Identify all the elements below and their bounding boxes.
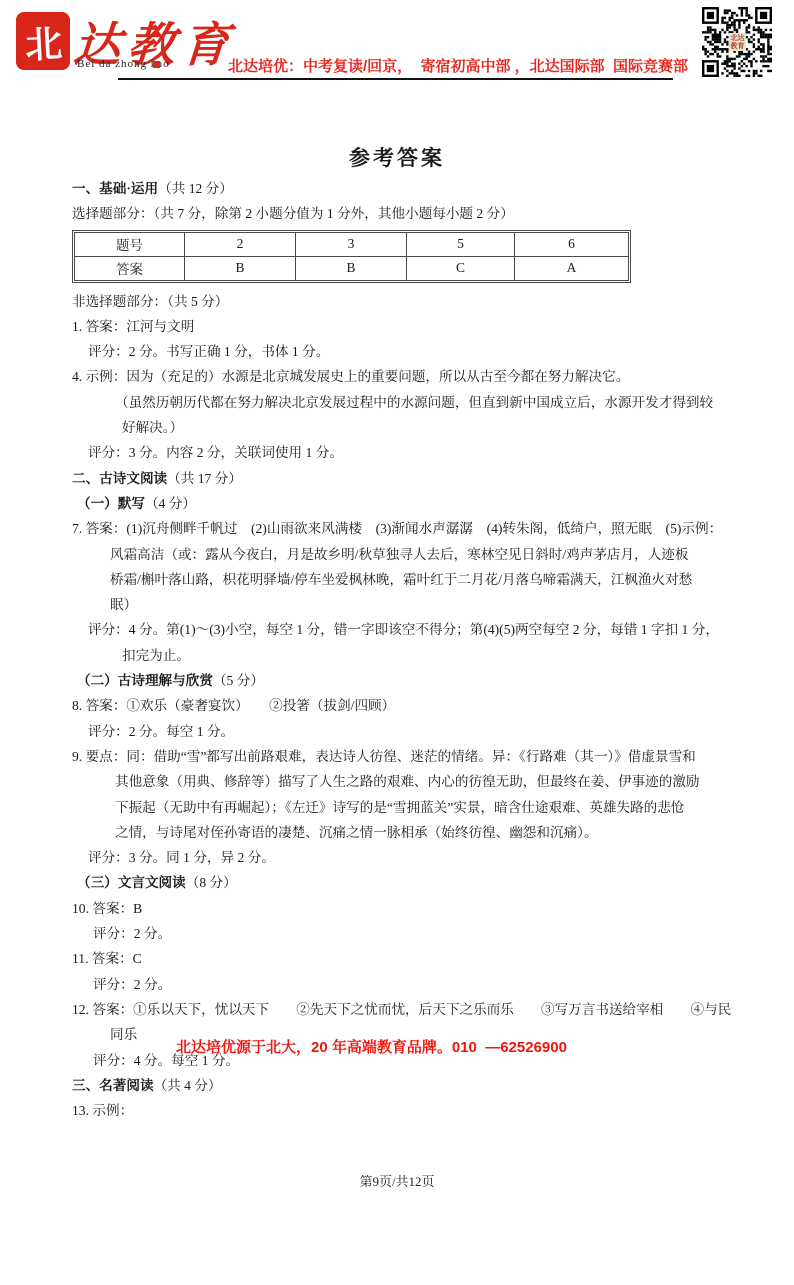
line-text: 之情，与诗尾对侄孙寄语的凄楚、沉痛之情一脉相承（始终彷徨、幽怨和沉痛）。	[115, 825, 598, 840]
line-text: （5 分）	[213, 673, 264, 688]
section-heading: 一、基础·运用（共 12 分）	[72, 176, 742, 201]
content-line: 评分：4 分。第(1)～(3)小空，每空 1 分，错一字即该空不得分；第(4)(…	[72, 617, 742, 642]
brand-seal-logo: 北	[17, 13, 69, 69]
table-cell: 3	[296, 232, 407, 256]
content-line: 12. 答案：①乐以天下，忧以天下 ②先天下之忧而忧，后天下之乐而乐 ③写万言书…	[72, 997, 742, 1022]
content-line: 好解决。）	[72, 415, 742, 440]
line-text: 评分：2 分。	[93, 926, 171, 941]
line-text: （4 分）	[145, 496, 196, 511]
line-text: 10. 答案：B	[72, 901, 142, 916]
table-cell: C	[407, 256, 515, 280]
content-line: 13. 示例：	[72, 1098, 742, 1123]
line-text: （8 分）	[186, 875, 237, 890]
table-row: 题号2356	[75, 232, 629, 256]
line-text: 评分：4 分。第(1)～(3)小空，每空 1 分，错一字即该空不得分；第(4)(…	[88, 622, 719, 637]
table-row-header: 答案	[75, 256, 185, 280]
content-line: 其他意象（用典、修辞等）描写了人生之路的艰难、内心的彷徨无助，但最终在姜、伊事迹…	[72, 769, 742, 794]
heading-bold-text: 一、基础·运用	[72, 181, 158, 196]
header-slogan: 北达培优：中考复读/回京， 寄宿初高中部 ，北达国际部 国际竞赛部	[228, 55, 688, 76]
content-line: 1. 答案：江河与文明	[72, 314, 742, 339]
document-title: 参考答案	[0, 142, 794, 172]
line-text: 11. 答案：C	[72, 951, 142, 966]
heading-bold-text: （三）文言文阅读	[77, 875, 186, 890]
header-rule	[118, 78, 673, 80]
line-text: 扣完为止。	[122, 648, 190, 663]
content-line: 评分：3 分。同 1 分，异 2 分。	[72, 845, 742, 870]
line-text: 眠）	[110, 597, 137, 612]
table-row-header: 题号	[75, 232, 185, 256]
seal-character: 北	[23, 13, 63, 69]
line-text: 4. 示例：因为（充足的）水源是北京城发展史上的重要问题，所以从古至今都在努力解…	[72, 369, 629, 384]
content-line: 评分：2 分。	[72, 972, 742, 997]
line-text: （共 12 分）	[158, 181, 233, 196]
line-text: 评分：3 分。内容 2 分，关联词使用 1 分。	[88, 445, 343, 460]
content-line: 风霜高洁（或：露从今夜白，月是故乡明/秋草独寻人去后，寒林空见日斜时/鸡声茅店月…	[72, 542, 742, 567]
answer-table: 题号2356答案BBCA	[72, 230, 631, 283]
table-cell: B	[185, 256, 296, 280]
content-line: 眠）	[72, 592, 742, 617]
document-page: 北 达教育 Bei da zhong kao 北达培优：中考复读/回京， 寄宿初…	[0, 0, 794, 1285]
page-header: 北 达教育 Bei da zhong kao 北达培优：中考复读/回京， 寄宿初…	[0, 0, 794, 100]
content-line: 7. 答案：(1)沉舟侧畔千帆过 (2)山雨欲来风满楼 (3)渐闻水声潺潺 (4…	[72, 516, 742, 541]
line-text: 8. 答案：①欢乐（豪奢宴饮） ②投箸（拔剑/四顾）	[72, 698, 395, 713]
table-cell: B	[296, 256, 407, 280]
line-text: 好解决。）	[122, 420, 183, 435]
section-heading: （二）古诗理解与欣赏（5 分）	[72, 668, 742, 693]
line-text: 12. 答案：①乐以天下，忧以天下 ②先天下之忧而忧，后天下之乐而乐 ③写万言书…	[72, 1002, 731, 1017]
content-line: （虽然历朝历代都在努力解决北京发展过程中的水源问题，但直到新中国成立后，水源开发…	[72, 390, 742, 415]
section-heading: （三）文言文阅读（8 分）	[72, 870, 742, 895]
content-line: 4. 示例：因为（充足的）水源是北京城发展史上的重要问题，所以从古至今都在努力解…	[72, 364, 742, 389]
line-text: 评分：2 分。书写正确 1 分，书体 1 分。	[88, 344, 329, 359]
content-line: 评分：3 分。内容 2 分，关联词使用 1 分。	[72, 440, 742, 465]
content-line: 评分：2 分。	[72, 921, 742, 946]
content-line: 9. 要点：同：借助“雪”都写出前路艰难，表达诗人彷徨、迷茫的情绪。异：《行路难…	[72, 744, 742, 769]
heading-bold-text: （一）默写	[77, 496, 145, 511]
line-text: （共 4 分）	[154, 1078, 222, 1093]
line-text: （共 17 分）	[167, 471, 242, 486]
line-text: 7. 答案：(1)沉舟侧畔千帆过 (2)山雨欲来风满楼 (3)渐闻水声潺潺 (4…	[72, 521, 722, 536]
content-line: 10. 答案：B	[72, 896, 742, 921]
content-line: 8. 答案：①欢乐（豪奢宴饮） ②投箸（拔剑/四顾）	[72, 693, 742, 718]
table-cell: 5	[407, 232, 515, 256]
content-line: 11. 答案：C	[72, 946, 742, 971]
qr-center-label: 北达 教育	[729, 33, 746, 51]
red-square-icon	[153, 61, 160, 68]
content-line: 非选择题部分：（共 5 分）	[72, 289, 742, 314]
line-text: 风霜高洁（或：露从今夜白，月是故乡明/秋草独寻人去后，寒林空见日斜时/鸡声茅店月…	[110, 547, 689, 562]
promo-watermark: 北达培优源于北大，20 年高端教育品牌。010 —62526900	[176, 1036, 567, 1057]
heading-bold-text: （二）古诗理解与欣赏	[77, 673, 213, 688]
line-text: 1. 答案：江河与文明	[72, 319, 194, 334]
table-row: 答案BBCA	[75, 256, 629, 280]
line-text: 选择题部分：（共 7 分，除第 2 小题分值为 1 分外，其他小题每小题 2 分…	[72, 206, 514, 221]
line-text: 非选择题部分：（共 5 分）	[72, 294, 228, 309]
content-line: 评分：2 分。书写正确 1 分，书体 1 分。	[72, 339, 742, 364]
table-cell: 6	[515, 232, 629, 256]
content-line: 之情，与诗尾对侄孙寄语的凄楚、沉痛之情一脉相承（始终彷徨、幽怨和沉痛）。	[72, 820, 742, 845]
line-text: 同乐	[110, 1027, 137, 1042]
content-lines: 一、基础·运用（共 12 分）选择题部分：（共 7 分，除第 2 小题分值为 1…	[72, 176, 742, 1123]
line-text: 评分：2 分。每空 1 分。	[88, 724, 234, 739]
content-line: 评分：2 分。每空 1 分。	[72, 719, 742, 744]
qr-label-line1: 北达	[731, 34, 745, 42]
line-text: 其他意象（用典、修辞等）描写了人生之路的艰难、内心的彷徨无助，但最终在姜、伊事迹…	[115, 774, 700, 789]
line-text: 桥霜/槲叶落山路，枳花明驿墙/停车坐爱枫林晚，霜叶红于二月花/月落乌啼霜满天，江…	[110, 572, 692, 587]
content-line: 桥霜/槲叶落山路，枳花明驿墙/停车坐爱枫林晚，霜叶红于二月花/月落乌啼霜满天，江…	[72, 567, 742, 592]
line-text: 评分：2 分。	[93, 977, 171, 992]
heading-bold-text: 三、名著阅读	[72, 1078, 154, 1093]
qr-label-line2: 教育	[731, 42, 745, 50]
table-cell: A	[515, 256, 629, 280]
page-number: 第9页/共12页	[0, 1171, 794, 1190]
section-heading: 三、名著阅读（共 4 分）	[72, 1073, 742, 1098]
content-line: 扣完为止。	[72, 643, 742, 668]
content-line: 下振起（无助中有再崛起）；《左迁》诗写的是“雪拥蓝关”实景，暗含仕途艰难、英雄失…	[72, 795, 742, 820]
line-text: 9. 要点：同：借助“雪”都写出前路艰难，表达诗人彷徨、迷茫的情绪。异：《行路难…	[72, 749, 696, 764]
heading-bold-text: 二、古诗文阅读	[72, 471, 167, 486]
section-heading: （一）默写（4 分）	[72, 491, 742, 516]
content-line: 选择题部分：（共 7 分，除第 2 小题分值为 1 分外，其他小题每小题 2 分…	[72, 201, 742, 226]
line-text: 下振起（无助中有再崛起）；《左迁》诗写的是“雪拥蓝关”实景，暗含仕途艰难、英雄失…	[115, 800, 684, 815]
section-heading: 二、古诗文阅读（共 17 分）	[72, 466, 742, 491]
line-text: （虽然历朝历代都在努力解决北京发展过程中的水源问题，但直到新中国成立后，水源开发…	[115, 395, 713, 410]
line-text: 评分：3 分。同 1 分，异 2 分。	[88, 850, 275, 865]
line-text: 13. 示例：	[72, 1103, 133, 1118]
table-cell: 2	[185, 232, 296, 256]
